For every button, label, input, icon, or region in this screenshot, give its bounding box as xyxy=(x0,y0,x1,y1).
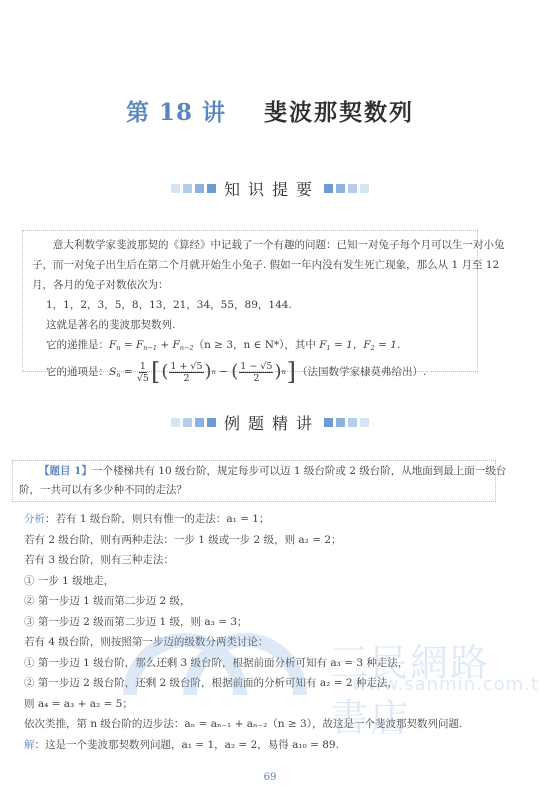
general-term-prefix: 它的通项是： xyxy=(46,362,109,382)
section-title: 例题精讲 xyxy=(224,411,320,434)
chapter-title: 第 18 讲 斐波那契数列 xyxy=(0,94,540,127)
analysis-line: 若有 3 级台阶，则有三种走法： xyxy=(24,550,504,571)
fibonacci-sequence: 1，1，2，3，5，8，13，21，34，55，89，144. xyxy=(32,295,467,315)
analysis-tag: 分析 xyxy=(24,513,45,525)
problem-box: 【题目 1】一个楼梯共有 10 级台阶，规定每步可以迈 1 级台阶或 2 级台阶… xyxy=(12,460,496,502)
analysis-text: ：若有 1 级台阶，则只有惟一的走法：a₁ = 1； xyxy=(45,513,269,525)
section-header-examples: 例题精讲 xyxy=(0,411,540,434)
analysis-line: ② 第一步迈 1 级而第二步迈 2 级， xyxy=(24,591,504,612)
decorative-squares-icon xyxy=(171,418,216,427)
analysis-line: 则 a₄ = a₃ + a₂ = 5； xyxy=(24,694,504,715)
book-page: 第 18 讲 斐波那契数列 知识提要 意大利数学家斐波那契的《算经》中记载了一个… xyxy=(0,0,540,800)
analysis-line: 依次类推，第 n 级台阶的迈步法：aₙ = aₙ₋₁ + aₙ₋₂（n ≥ 3）… xyxy=(24,714,504,735)
decorative-squares-icon xyxy=(324,418,369,427)
chapter-number: 第 18 讲 xyxy=(126,94,226,127)
analysis-line: ③ 第一步迈 2 级而第二步迈 1 级，则 a₃ = 3； xyxy=(24,612,504,633)
analysis-line: ② 第一步迈 2 级台阶，还剩 2 级台阶，根据前面的分析可知有 a₂ = 2 … xyxy=(24,673,504,694)
analysis-line: 若有 2 级台阶，则有两种走法：一步 1 级或一步 2 级，则 a₂ = 2； xyxy=(24,530,504,551)
problem-line: 【题目 1】一个楼梯共有 10 级台阶，规定每步可以迈 1 级台阶或 2 级台阶… xyxy=(19,462,487,481)
problem-line: 阶，一共可以有多少种不同的走法？ xyxy=(19,481,487,500)
problem-text: 一个楼梯共有 10 级台阶，规定每步可以迈 1 级台阶或 2 级台阶，从地面到最… xyxy=(92,465,506,477)
analysis-line: ① 一步 1 级地走， xyxy=(24,571,504,592)
decorative-squares-icon xyxy=(324,184,369,193)
analysis-line: 分析：若有 1 级台阶，则只有惟一的走法：a₁ = 1； xyxy=(24,509,504,530)
solution-text: ：这是一个斐波那契数列问题，a₁ = 1，a₂ = 2，易得 a₁₀ = 89. xyxy=(35,739,339,751)
recurrence-prefix: 它的递推是： xyxy=(46,339,109,351)
problem-tag: 【题目 1】 xyxy=(39,465,92,477)
knowledge-paragraph: 意大利数学家斐波那契的《算经》中记载了一个有趣的问题：已知一对兔子每个月可以生一… xyxy=(32,235,467,255)
page-number: 69 xyxy=(0,772,540,783)
knowledge-statement: 这就是著名的斐波那契数列. xyxy=(32,315,467,335)
analysis-section: 分析：若有 1 级台阶，则只有惟一的走法：a₁ = 1； 若有 2 级台阶，则有… xyxy=(24,509,504,755)
knowledge-paragraph: 月，各月的兔子对数依次为： xyxy=(32,275,467,295)
decorative-squares-icon xyxy=(171,184,216,193)
chapter-name: 斐波那契数列 xyxy=(264,94,414,127)
analysis-line: ① 第一步迈 1 级台阶，那么还剩 3 级台阶，根据前面分析可知有 a₃ = 3… xyxy=(24,653,504,674)
section-header-knowledge: 知识提要 xyxy=(0,177,540,200)
knowledge-paragraph: 子，而一对兔子出生后在第二个月就开始生小兔子. 假如一年内没有发生死亡现象，那么… xyxy=(32,255,467,275)
general-term-attribution: （法国数学家棣莫弗给出）. xyxy=(297,362,426,382)
recurrence-condition: （n ≥ 3，n ∈ N*），其中 xyxy=(194,339,320,351)
knowledge-box: 意大利数学家斐波那契的《算经》中记载了一个有趣的问题：已知一对兔子每个月可以生一… xyxy=(22,230,478,372)
solution-line: 解：这是一个斐波那契数列问题，a₁ = 1，a₂ = 2，易得 a₁₀ = 89… xyxy=(24,735,504,756)
section-title: 知识提要 xyxy=(224,177,320,200)
general-term-formula: 它的通项是： Sn = 1√5 [ ( 1 + √52 )n − ( 1 − √… xyxy=(32,355,467,389)
analysis-line: 若有 4 级台阶，则按照第一步迈的级数分两类讨论： xyxy=(24,632,504,653)
solution-tag: 解 xyxy=(24,739,35,751)
recurrence-formula: 它的递推是：Fn = Fn−1 + Fn−2（n ≥ 3，n ∈ N*），其中 … xyxy=(32,335,467,355)
